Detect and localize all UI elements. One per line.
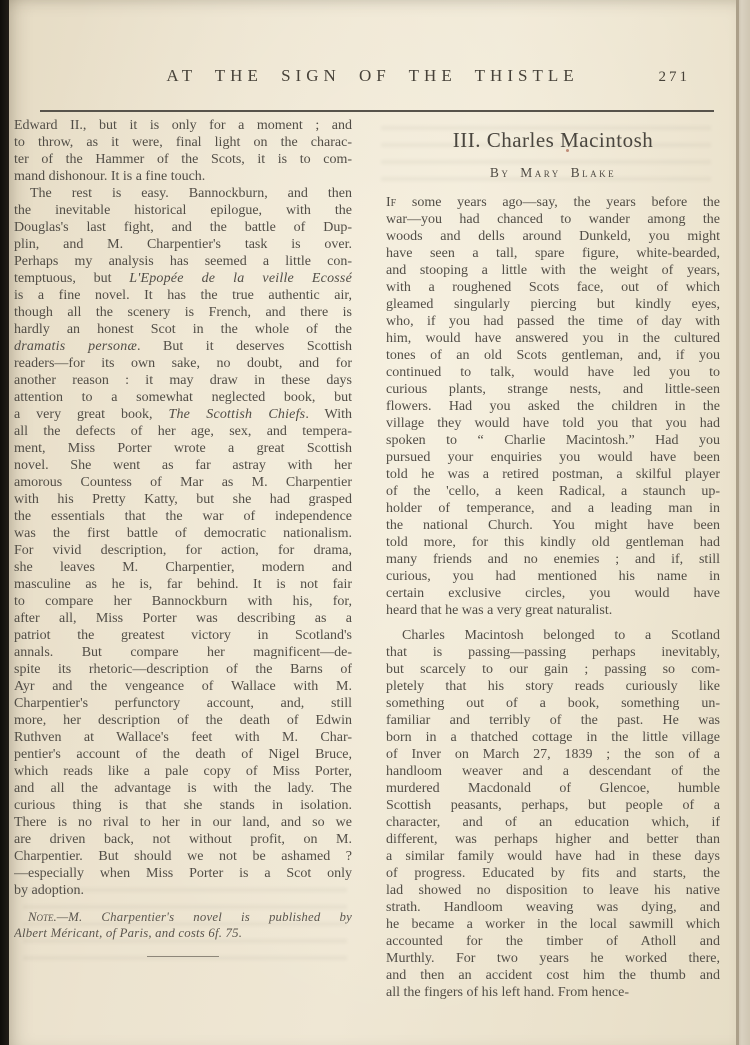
text-line: woods and dells around Dunkeld, you migh… [386, 228, 720, 245]
text-line: the inevitable historical epilogue, with… [14, 202, 352, 219]
text-line: amorous Countess of Mar as M. Charpentie… [14, 474, 352, 491]
page-sheet: AT THE SIGN OF THE THISTLE 271 Edward II… [9, 0, 739, 1045]
text-line: Ayr and the vengeance of Wallace with M. [14, 678, 352, 695]
text-line: mand dishonour. It is a fine touch. [14, 168, 352, 185]
text-line: certain exclusive circles, you would hav… [386, 585, 720, 602]
text-line: heard that he was a very great naturalis… [386, 602, 720, 619]
text-line: readers—for its own sake, no doubt, and … [14, 355, 352, 372]
text-line: curious, you had mentioned his name in [386, 568, 720, 585]
text-line: continued to talk, would have led you to [386, 364, 720, 381]
text-line: which reads like a pale copy of Miss Por… [14, 763, 352, 780]
page-number: 271 [659, 69, 691, 86]
text-line: something out of a book, something un- [386, 695, 720, 712]
text-line: and stooping a little with the weight of… [386, 262, 720, 279]
text-line: have seen a tall, spare figure, white-be… [386, 245, 720, 262]
text-line: a very great book, The Scottish Chiefs. … [14, 406, 352, 423]
text-line: of Inver on March 27, 1839 ; the son of … [386, 746, 720, 763]
text-line: with a roughened Scots face, out of whic… [386, 279, 720, 296]
text-line: For vivid description, for action, for d… [14, 542, 352, 559]
text-line: hardly an honest Scot in the whole of th… [14, 321, 352, 338]
text-line: ment, Miss Porter wrote a great Scottish [14, 440, 352, 457]
text-line: strath. Handloom weaving was dying, and [386, 899, 720, 916]
text-line: pletely that his story reads curiously l… [386, 678, 720, 695]
text-line: was the first battle of democratic natio… [14, 525, 352, 542]
text-line: Douglas's last fight, and the battle of … [14, 219, 352, 236]
article-title: III. Charles Macintosh [386, 125, 720, 155]
text-line: handloom weaver and a descendant of the [386, 763, 720, 780]
text-line: flowers. Had you asked the children in t… [386, 398, 720, 415]
text-line: more, her description of the death of Ed… [14, 712, 352, 729]
text-line: plin, and M. Charpentier's task is over. [14, 236, 352, 253]
text-line: patriot the greatest victory in Scotland… [14, 627, 352, 644]
text-line: with his Pretty Katty, but she had grasp… [14, 491, 352, 508]
text-line: different, was perhaps higher and better… [386, 831, 720, 848]
text-line: though all the scenery is French, and th… [14, 304, 352, 321]
text-line: gleamed singularly piercing but kindly e… [386, 296, 720, 313]
text-line: accounted for the timber of Atholl and [386, 933, 720, 950]
footnote: Note.—M. Charpentier's novel is publishe… [14, 909, 352, 941]
left-column-text: Edward II., but it is only for a moment … [14, 117, 352, 899]
text-line: Scottish peasants, perhaps, but people o… [386, 797, 720, 814]
text-line: she leaves M. Charpentier, modern and [14, 559, 352, 576]
right-column-text: If some years ago—say, the years before … [386, 194, 720, 1001]
text-line: Charpentier. But should we not be ashame… [14, 848, 352, 865]
text-line: after all, Miss Porter was describing as… [14, 610, 352, 627]
text-line: holder of temperance, and a leading man … [386, 500, 720, 517]
text-line: character, and of an education which, if [386, 814, 720, 831]
text-line: The rest is easy. Bannockburn, and then [14, 185, 352, 202]
left-column: Edward II., but it is only for a moment … [14, 117, 352, 957]
text-line: murdered Macdonald of Glencoe, humble [386, 780, 720, 797]
text-line: the essentials that the war of independe… [14, 508, 352, 525]
header-rule [40, 110, 714, 112]
text-line: to throw, as it were, final light on the… [14, 134, 352, 151]
right-column: III. Charles Macintosh By Mary Blake If … [386, 117, 720, 1001]
text-line: If some years ago—say, the years before … [386, 194, 720, 211]
text-line: who, if you had passed the time of day w… [386, 313, 720, 330]
text-line: annals. But compare her magnificent—de- [14, 644, 352, 661]
article-end-divider [147, 956, 219, 957]
text-line: curious thing is that she stands in isol… [14, 797, 352, 814]
text-line: Ruthven at Wallace's feet with M. Char- [14, 729, 352, 746]
text-line: told he was a retired postman, a skilful… [386, 466, 720, 483]
text-line: Murthly. For two years he worked there, [386, 950, 720, 967]
text-line: curious plants, strange nests, and littl… [386, 381, 720, 398]
text-line: that is passing—passing perhaps inevitab… [386, 644, 720, 661]
text-line: Note.—M. Charpentier's novel is publishe… [14, 909, 352, 925]
text-line: is a fine novel. It has the true authent… [14, 287, 352, 304]
text-line: but scarcely to our gain ; passing so co… [386, 661, 720, 678]
text-line: attention to a somewhat neglected book, … [14, 389, 352, 406]
text-line: all the fingers of his left hand. From h… [386, 984, 720, 1001]
text-line: dramatis personæ. But it deserves Scotti… [14, 338, 352, 355]
text-line: masculine as he is, far behind. It is no… [14, 576, 352, 593]
text-line: village they would have told you that yo… [386, 415, 720, 432]
text-line: pursued your enquiries you would have be… [386, 449, 720, 466]
text-line: a similar family would have had in these… [386, 848, 720, 865]
text-line: to compare her Bannockburn with his, for… [14, 593, 352, 610]
text-line: lad showed no disposition to leave his n… [386, 882, 720, 899]
text-line: Charles Macintosh belonged to a Scotland [386, 627, 720, 644]
text-line: There is no rival to her in our land, an… [14, 814, 352, 831]
text-line: spite its rhetoric—description of the Ba… [14, 661, 352, 678]
article-byline: By Mary Blake [386, 165, 720, 181]
text-line: of progress. Educated by fits and starts… [386, 865, 720, 882]
text-line: many friends and no enemies ; and if, st… [386, 551, 720, 568]
text-line: told more, for this kindly old gentleman… [386, 534, 720, 551]
text-line: Edward II., but it is only for a moment … [14, 117, 352, 134]
text-line: ter of the Hammer of the Scots, it is to… [14, 151, 352, 168]
text-line: Charpentier's perfunctory account, and, … [14, 695, 352, 712]
text-line: pentier's account of the death of Nigel … [14, 746, 352, 763]
page-gutter-edge [0, 0, 9, 1045]
text-line: of the 'cello, a keen Radical, a staunch… [386, 483, 720, 500]
text-line: tones of an old Scots gentleman, and, if… [386, 347, 720, 364]
text-line: and all the advantage is with the lady. … [14, 780, 352, 797]
text-line: he became a worker in the local sawmill … [386, 916, 720, 933]
text-line: temptuous, but L'Epopée de la veille Eco… [14, 270, 352, 287]
paper-speck [566, 149, 569, 152]
text-line: novel. She went as far astray with her [14, 457, 352, 474]
text-line: born in a thatched cottage in the little… [386, 729, 720, 746]
text-line: Albert Méricant, of Paris, and costs 6f.… [14, 925, 352, 941]
text-line: and then an accident cost him the thumb … [386, 967, 720, 984]
text-line: him, would have answered you in the cult… [386, 330, 720, 347]
text-line: war—you had chanced to wander among the [386, 211, 720, 228]
text-line: —especially when Miss Porter is a Scot o… [14, 865, 352, 882]
text-line: by adoption. [14, 882, 352, 899]
text-line: spoken to “ Charlie Macintosh.” Had you [386, 432, 720, 449]
text-line: are driven back, not without profit, on … [14, 831, 352, 848]
text-line: familiar and terribly of the past. He wa… [386, 712, 720, 729]
running-title: AT THE SIGN OF THE THISTLE [39, 66, 706, 86]
text-line: the national Church. You might have been [386, 517, 720, 534]
text-line: another reason : it may draw in these da… [14, 372, 352, 389]
text-line: Perhaps my analysis has seemed a little … [14, 253, 352, 270]
text-line: all the defects of her age, sex, and tem… [14, 423, 352, 440]
